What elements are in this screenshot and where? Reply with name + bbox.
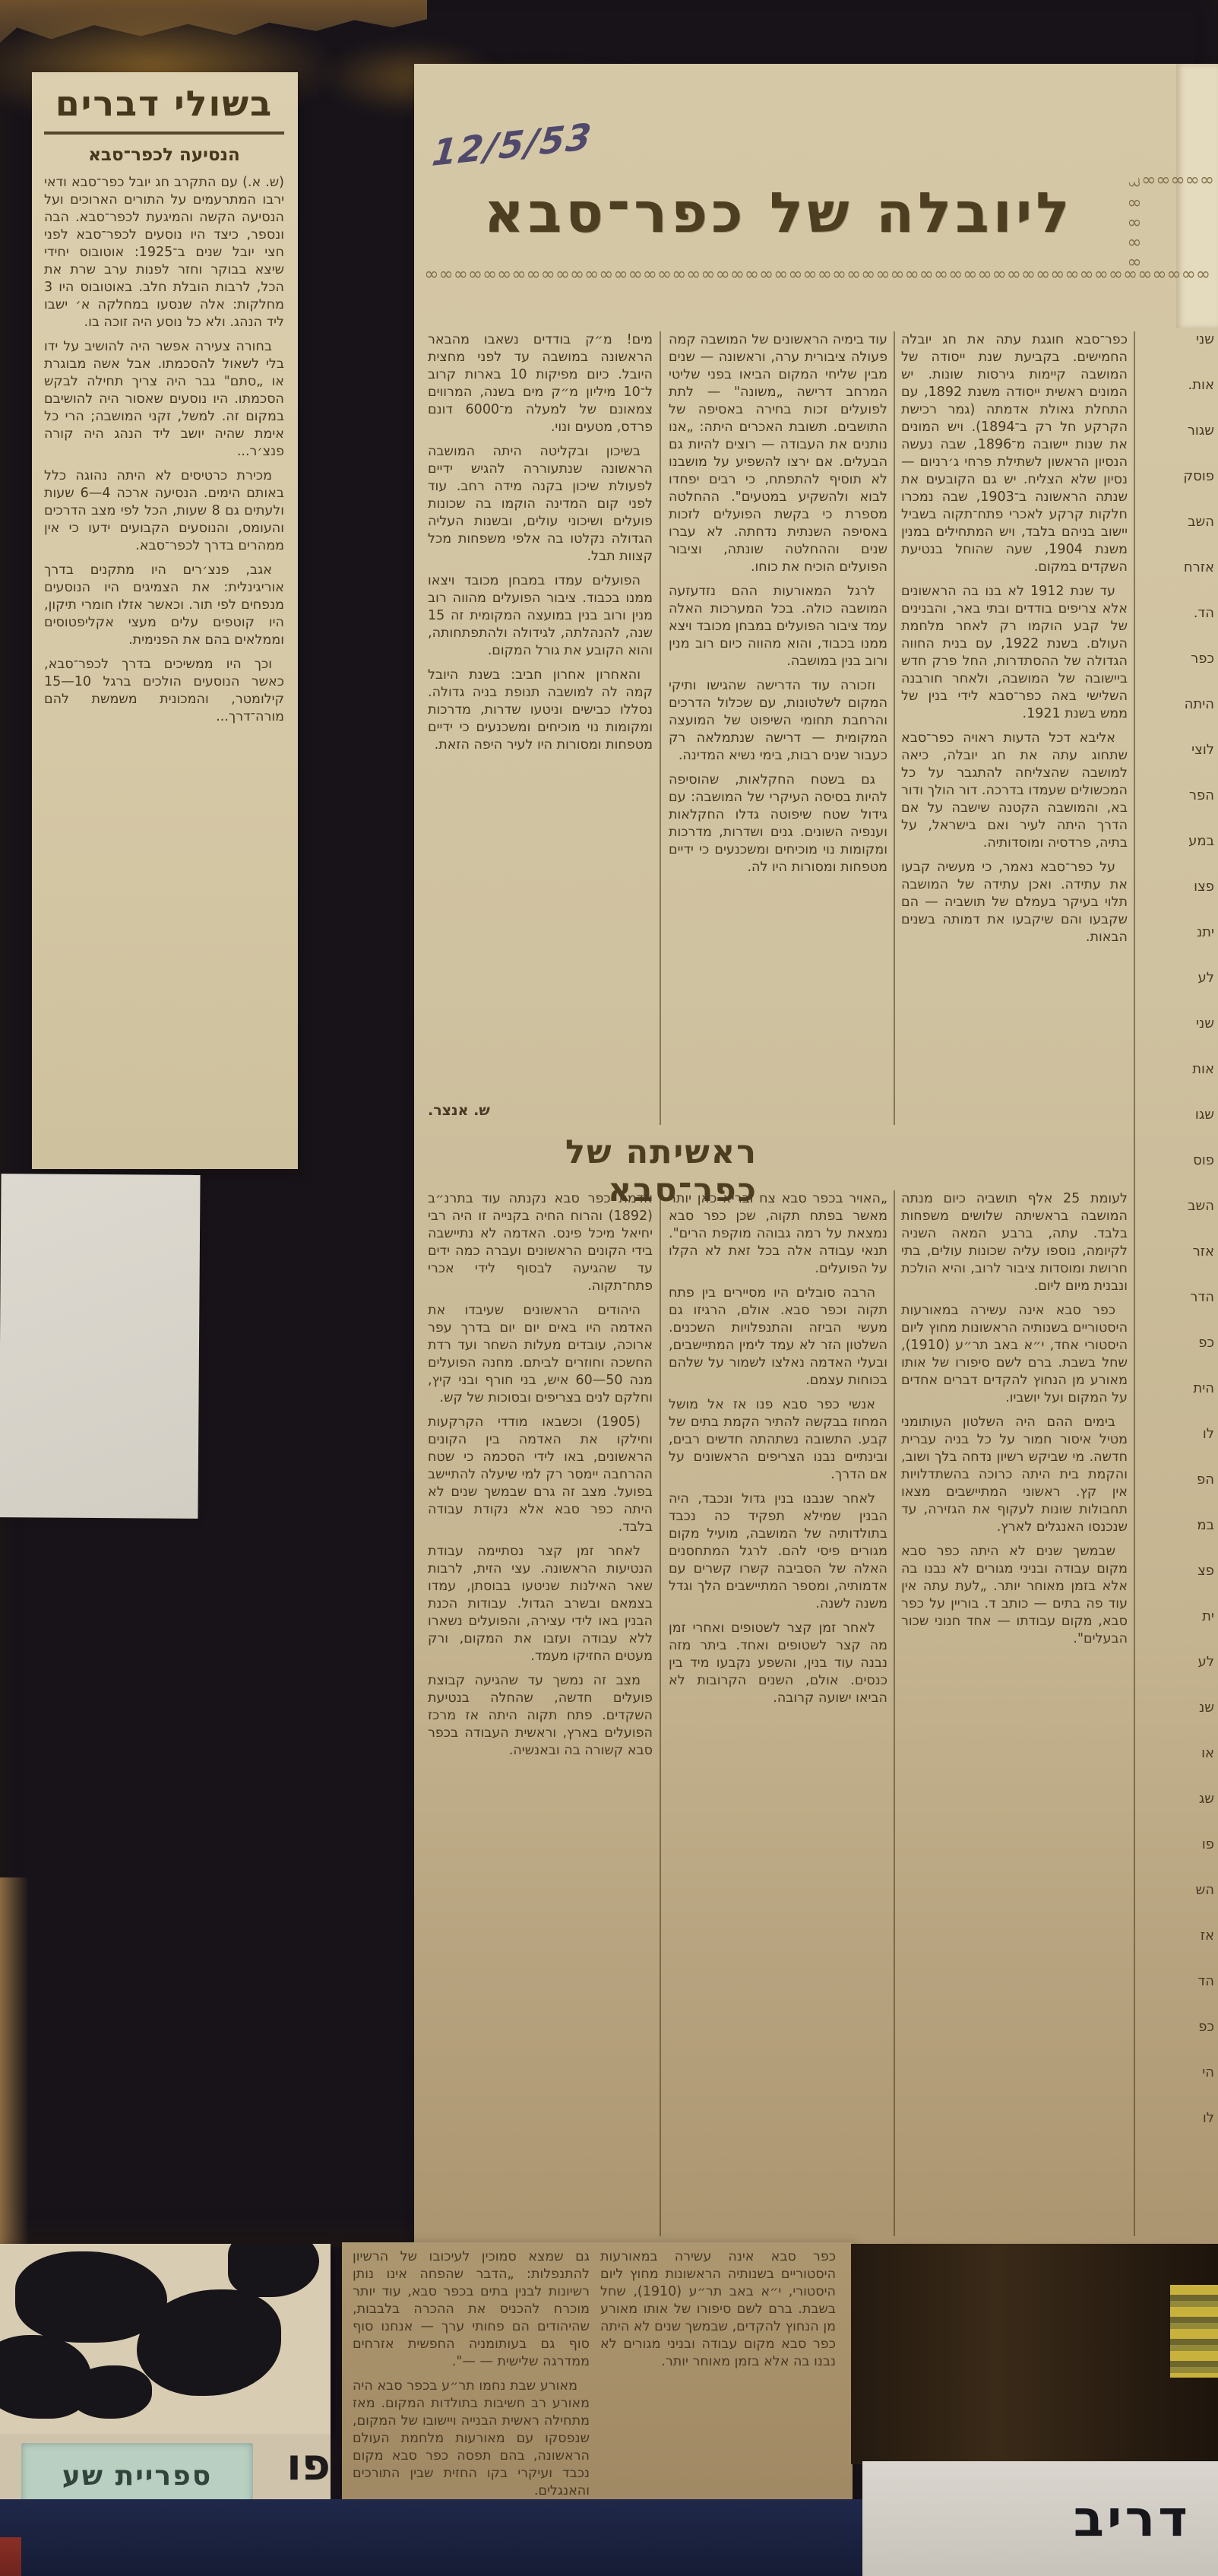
- paragraph: שגור: [1140, 423, 1214, 439]
- paragraph: במע: [1140, 833, 1214, 849]
- paragraph: מכירת כרטיסים לא היתה נהוגה כלל באותם הי…: [44, 467, 284, 555]
- paragraph: היתה: [1140, 696, 1214, 712]
- paragraph: אז: [1140, 1928, 1214, 1944]
- photographed-newspaper-page: { "handwritten_date": "12/5/53", "masthe…: [0, 0, 1218, 2576]
- paragraph: הד: [1140, 1973, 1214, 1989]
- paragraph: אדמת כפר סבא נקנתה עוד בתרנ״ב (1892) והר…: [428, 1190, 653, 1295]
- paragraph: כפר סבא אינה עשירה במאורעות היסטוריים בש…: [901, 1302, 1128, 1407]
- paragraph: בשיכון ובקליטה היתה המושבה הראשונה שנתעו…: [428, 443, 653, 566]
- column-rule: [894, 1190, 895, 2236]
- paragraph: לאחר זמן קצר לשטופים ואחרי זמן מה קצר לש…: [669, 1620, 887, 1707]
- paragraph: הית: [1140, 1380, 1214, 1396]
- side-column-text: (ש. א.) עם התקרב חג יובל כפר־סבא ודאי יר…: [44, 174, 284, 1124]
- paragraph: (1905) וכשבאו מודדי הקרקעות וחילקו את הא…: [428, 1414, 653, 1536]
- paragraph: לוצי: [1140, 742, 1214, 758]
- paragraph: „האויר בכפר סבא צח ובריא כאן יותר מאשר ב…: [669, 1190, 887, 1278]
- paragraph: וזכורה עוד הדרישה שהגישו ותיקי המקום לשל…: [669, 677, 887, 765]
- column-rule: [660, 331, 661, 1125]
- shelf-dark-area: [851, 2244, 1218, 2464]
- paragraph: על כפר־סבא נאמר, כי מעשיה קבעו את עתידה.…: [901, 859, 1128, 946]
- paragraph: שג: [1140, 1791, 1214, 1807]
- paragraph: שני: [1140, 1016, 1214, 1031]
- paragraph: בימים ההם היה השלטון העותומני מטיל איסור…: [901, 1414, 1128, 1536]
- paragraph: וכך היו ממשיכים בדרך לכפר־סבא, כאשר הנוס…: [44, 656, 284, 726]
- book-spine-letters: פו: [257, 2438, 331, 2490]
- paragraph: אזר: [1140, 1244, 1214, 1259]
- column-rule-edge: [1134, 331, 1135, 2236]
- paragraph: מים! מ״ק בודדים נשאבו מהבאר הראשונה במוש…: [428, 331, 653, 436]
- paragraph: פצו: [1140, 879, 1214, 895]
- paragraph: שנ: [1140, 1700, 1214, 1716]
- paragraph: פוסק: [1140, 468, 1214, 484]
- paragraph: הי: [1140, 2064, 1214, 2080]
- paragraph: הדר: [1140, 1289, 1214, 1305]
- paragraph: פו: [1140, 1836, 1214, 1852]
- column-rule: [660, 1190, 661, 2236]
- paragraph: היהודים הראשונים שעיבדו את האדמה היו באי…: [428, 1302, 653, 1407]
- paragraph: פוס: [1140, 1152, 1214, 1168]
- white-book-spine: דריב: [862, 2461, 1218, 2576]
- chain-ornament-horizontal: ∞∞∞∞∞∞∞∞∞∞∞∞∞∞∞∞∞∞∞∞∞∞∞∞∞∞∞∞∞∞∞∞∞∞∞∞∞∞∞∞…: [423, 266, 1210, 285]
- side-column-subtitle: הנסיעה לכפר־סבא: [44, 145, 284, 165]
- paragraph: אות.: [1140, 377, 1214, 393]
- side-column-title: בשולי דברים: [44, 83, 284, 135]
- book-spine-marbled: [0, 2244, 331, 2435]
- article-column-bottom-right: לעומת 25 אלף תושביה כיום מנתה המושבה ברא…: [901, 1190, 1128, 2236]
- side-column-clipping: בשולי דברים הנסיעה לכפר־סבא (ש. א.) עם ה…: [32, 72, 298, 1169]
- paragraph: והאחרון אחרון חביב: בשנת היובל קמה לה למ…: [428, 667, 653, 754]
- tail-column-left: גם שמצא סמוכין לעיכובו של הרשיון להתנפלו…: [353, 2248, 590, 2516]
- article-column-top-middle: עוד בימיה הראשונים של המושבה קמה פעולה צ…: [669, 331, 887, 1125]
- paragraph: גם בשטח החקלאות, שהוסיפה להיות בסיסה העי…: [669, 772, 887, 876]
- paragraph: מאורע שבת נחמו תר״ע בכפר סבא היה מאורע ר…: [353, 2378, 590, 2500]
- paragraph: במ: [1140, 1517, 1214, 1533]
- paragraph: לו: [1140, 2110, 1214, 2126]
- paragraph: לע: [1140, 1654, 1214, 1670]
- paragraph: מצב זה נמשך עד שהגיעה קבוצת פועלים חדשה,…: [428, 1672, 653, 1760]
- tail-column-right: כפר סבא אינה עשירה במאורעות היסטוריים בש…: [600, 2248, 836, 2428]
- album-corner-patch: [1176, 64, 1218, 328]
- paragraph: בחורה צעירה אפשר היה להושיב על ידו בלי ל…: [44, 338, 284, 461]
- paragraph: הש: [1140, 1882, 1214, 1898]
- paragraph: כפר־סבא חוגגת עתה את חג יובלה החמישים. ב…: [901, 331, 1128, 576]
- album-cover-edge: [0, 1877, 29, 2247]
- article-column-bottom-middle: „האויר בכפר סבא צח ובריא כאן יותר מאשר ב…: [669, 1190, 887, 2236]
- paragraph: אנשי כפר סבא פנו אז אל מושל המחוז בבקשה …: [669, 1396, 887, 1484]
- paragraph: כפ: [1140, 2019, 1214, 2035]
- paragraph: כפ: [1140, 1335, 1214, 1351]
- paragraph: פצ: [1140, 1563, 1214, 1579]
- paragraph: גם שמצא סמוכין לעיכובו של הרשיון להתנפלו…: [353, 2248, 590, 2371]
- article-column-bottom-left: אדמת כפר סבא נקנתה עוד בתרנ״ב (1892) והר…: [428, 1190, 653, 2236]
- paragraph: לו: [1140, 1426, 1214, 1442]
- paragraph: (ש. א.) עם התקרב חג יובל כפר־סבא ודאי יר…: [44, 174, 284, 331]
- paragraph: או: [1140, 1745, 1214, 1761]
- paragraph: השב: [1140, 514, 1214, 530]
- paragraph: הפועלים עמדו במבחן מכובד ויצאו ממנו בכבו…: [428, 572, 653, 660]
- paragraph: לאחר שנבנו בנין גדול ונכבד, היה הבנין שמ…: [669, 1491, 887, 1613]
- paragraph: הפר: [1140, 787, 1214, 803]
- paragraph: אליבא דכל הדעות ראויה כפר־סבא שתחוג עתה …: [901, 730, 1128, 852]
- paragraph: שבמשך שנים לא היתה כפר סבא מקום עבודה וב…: [901, 1543, 1128, 1648]
- paragraph: יתנ: [1140, 924, 1214, 940]
- blank-white-sheet: [0, 1174, 201, 1519]
- paragraph: ית: [1140, 1608, 1214, 1624]
- article-column-top-left: מים! מ״ק בודדים נשאבו מהבאר הראשונה במוש…: [428, 331, 653, 1095]
- paragraph: כפר סבא אינה עשירה במאורעות היסטוריים בש…: [600, 2248, 836, 2371]
- paragraph: עד שנת 1912 לא בנו בה הראשונים אלא צריפי…: [901, 583, 1128, 723]
- paragraph: שני: [1140, 331, 1214, 347]
- paragraph: לע: [1140, 970, 1214, 986]
- paragraph: שגו: [1140, 1107, 1214, 1123]
- main-headline: ליובלה של כפר־סבא: [423, 181, 1134, 246]
- navy-shelf-strip: [0, 2499, 870, 2576]
- paragraph: אגב, פנצ׳רים היו מתקנים בדרך אוריגינלית:…: [44, 562, 284, 649]
- red-book-sliver: [0, 2537, 21, 2576]
- paragraph: עוד בימיה הראשונים של המושבה קמה פעולה צ…: [669, 331, 887, 576]
- chain-ornament-vertical: ∞∞∞∞∞∞∞∞: [1124, 182, 1143, 272]
- striped-book-spine: [1170, 2285, 1218, 2378]
- article-column-top-right: כפר־סבא חוגגת עתה את חג יובלה החמישים. ב…: [901, 331, 1128, 1125]
- paragraph: הרבה סובלים היו מסיירים בין פתח תקוה וכפ…: [669, 1285, 887, 1389]
- paragraph: אות: [1140, 1061, 1214, 1077]
- paragraph: השב: [1140, 1198, 1214, 1214]
- chain-ornament-top-right: ∞∞∞∞∞∞∞: [1138, 172, 1214, 191]
- paragraph: לרגל המאורעות ההם נזדעזעה המושבה כולה. ב…: [669, 583, 887, 670]
- paragraph: לאחר זמן קצר נסתיימה עבודת הנטיעות הראשו…: [428, 1543, 653, 1665]
- cut-column-edge-strip: שניאות.שגורפוסקהשבאזרחהד.כפרהיתהלוציהפרב…: [1140, 331, 1214, 2232]
- column-rule: [894, 331, 895, 1125]
- paragraph: כפר: [1140, 651, 1214, 667]
- signature-anzer: ש. אנצר.: [428, 1102, 653, 1119]
- paragraph: אזרח: [1140, 559, 1214, 575]
- paragraph: לעומת 25 אלף תושביה כיום מנתה המושבה ברא…: [901, 1190, 1128, 1295]
- paragraph: הד.: [1140, 605, 1214, 621]
- paragraph: הפ: [1140, 1472, 1214, 1488]
